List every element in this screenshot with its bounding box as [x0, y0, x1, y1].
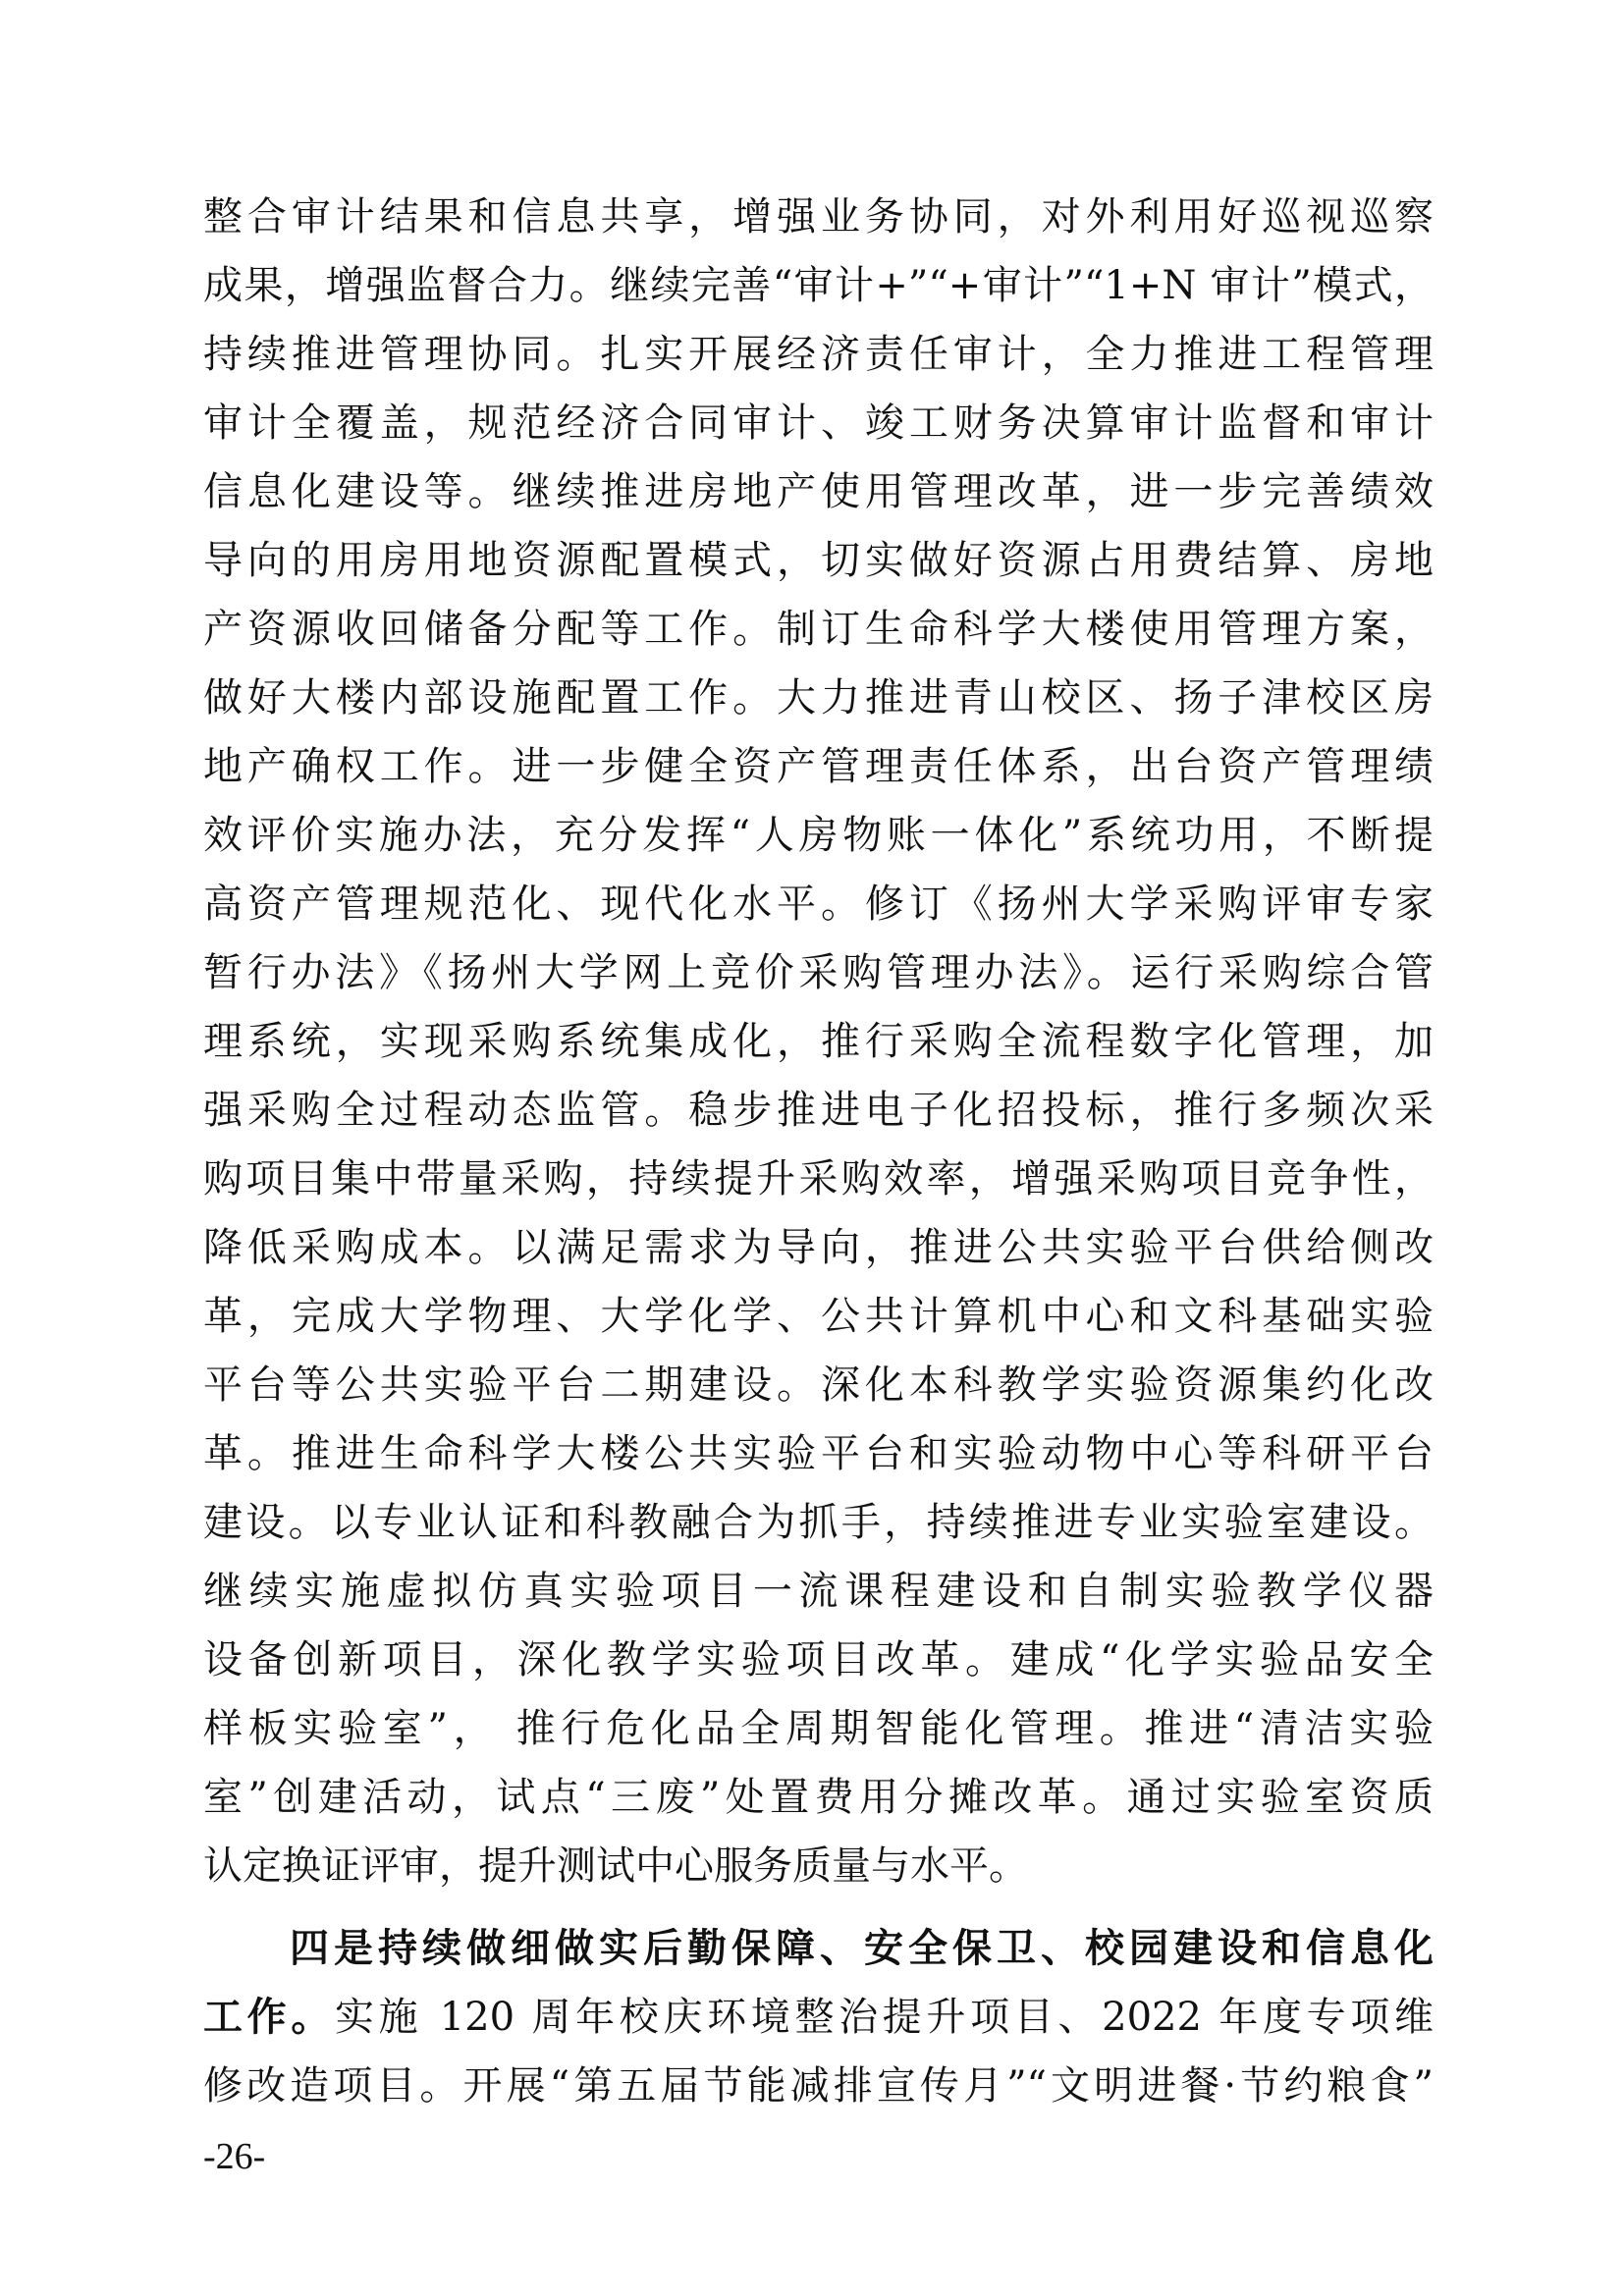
section-heading-continuation: 工作。	[203, 1994, 335, 2040]
body-text-line: 审计全覆盖，规范经济合同审计、竣工财务决算审计监督和审计	[203, 396, 1434, 451]
body-text-line: 认定换证评审，提升测试中心服务质量与水平。	[203, 1839, 1434, 1894]
body-text-line: 室”创建活动，试点“三废”处置费用分摊改革。通过实验室资质	[203, 1770, 1434, 1825]
body-text-line: 地产确权工作。进一步健全资产管理责任体系，出台资产管理绩	[203, 739, 1434, 794]
document-page: 整合审计结果和信息共享，增强业务协同，对外利用好巡视巡察 成果，增强监督合力。继…	[0, 0, 1624, 2296]
body-text-line: 购项目集中带量采购，持续提升采购效率，增强采购项目竞争性，	[203, 1151, 1434, 1206]
section-heading: 四是持续做细做实后勤保障、安全保卫、校园建设和信息化	[290, 1921, 1434, 1976]
body-text-line: 继续实施虚拟仿真实验项目一流课程建设和自制实验教学仪器	[203, 1564, 1434, 1619]
body-text-line: 信息化建设等。继续推进房地产使用管理改革，进一步完善绩效	[203, 464, 1434, 519]
body-text-line: 强采购全过程动态监管。稳步推进电子化招投标，推行多频次采	[203, 1083, 1434, 1138]
body-text-line: 样板实验室”， 推行危化品全周期智能化管理。推进“清洁实验	[203, 1701, 1434, 1756]
body-text-line: 整合审计结果和信息共享，增强业务协同，对外利用好巡视巡察	[203, 189, 1434, 244]
body-text-line: 高资产管理规范化、现代化水平。修订《扬州大学采购评审专家	[203, 877, 1434, 932]
body-text-line: 平台等公共实验平台二期建设。深化本科教学实验资源集约化改	[203, 1358, 1434, 1413]
body-text-line: 革。推进生命科学大楼公共实验平台和实验动物中心等科研平台	[203, 1426, 1434, 1481]
body-text-line: 暂行办法》《扬州大学网上竞价采购管理办法》。运行采购综合管	[203, 945, 1434, 1000]
body-text-line: 修改造项目。开展“第五届节能减排宣传月”“文明进餐·节约粮食”	[203, 2058, 1434, 2113]
body-text-line: 做好大楼内部设施配置工作。大力推进青山校区、扬子津校区房	[203, 670, 1434, 725]
body-text-line: 持续推进管理协同。扎实开展经济责任审计，全力推进工程管理	[203, 327, 1434, 382]
body-text-line: 降低采购成本。以满足需求为导向，推进公共实验平台供给侧改	[203, 1220, 1434, 1275]
body-text-line: 效评价实施办法，充分发挥“人房物账一体化”系统功用，不断提	[203, 808, 1434, 863]
body-text-line: 导向的用房用地资源配置模式，切实做好资源占用费结算、房地	[203, 533, 1434, 588]
body-text-line: 设备创新项目，深化教学实验项目改革。建成“化学实验品安全	[203, 1632, 1434, 1687]
body-text-line: 革，完成大学物理、大学化学、公共计算机中心和文科基础实验	[203, 1289, 1434, 1344]
body-text-line: 产资源收回储备分配等工作。制订生命科学大楼使用管理方案，	[203, 602, 1434, 657]
section-text: 实施 120 周年校庆环境整治提升项目、2022 年度专项维	[335, 1995, 1434, 2040]
page-number: -26-	[203, 2135, 265, 2178]
body-text-line: 建设。以专业认证和科教融合为抓手，持续推进专业实验室建设。	[203, 1495, 1434, 1550]
body-text-line: 理系统，实现采购系统集成化，推行采购全流程数字化管理，加	[203, 1014, 1434, 1069]
section-line: 工作。实施 120 周年校庆环境整治提升项目、2022 年度专项维	[203, 1990, 1434, 2045]
body-text-line: 成果，增强监督合力。继续完善“审计+”“+审计”“1+N 审计”模式，	[203, 258, 1434, 313]
